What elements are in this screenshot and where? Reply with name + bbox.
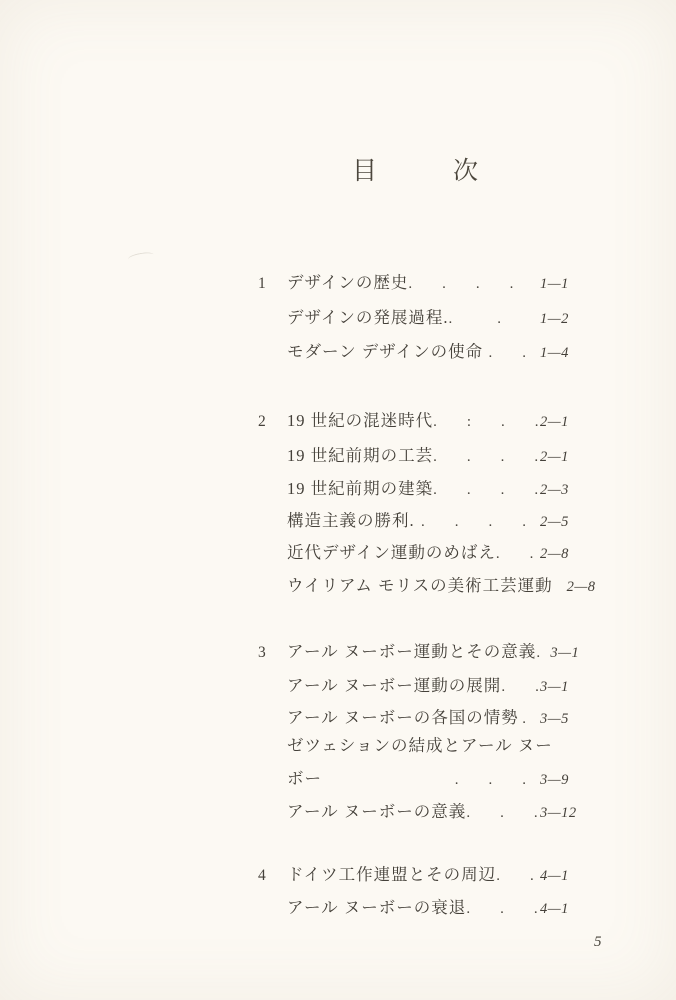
entry-title: 構造主義の勝利. xyxy=(287,510,415,532)
leader-dots: . . . xyxy=(322,769,540,791)
leader-dots: . . xyxy=(496,543,540,565)
entry-title: モダーン デザインの使命 xyxy=(287,341,483,363)
section-number: 3 xyxy=(258,642,287,664)
book-page: 目 次 1 デザインの歴史 . . . . . 1—1 デザインの発展過程. .… xyxy=(0,0,676,1000)
toc-entry: 2 19 世紀の混迷時代 . : . . 2—1 xyxy=(258,410,572,432)
entry-page-ref: 3—9 xyxy=(540,769,572,791)
toc-entry: 19 世紀前期の建築 . . . . 2—3 xyxy=(258,478,572,500)
paper-smudge xyxy=(128,251,155,263)
leader-dots: . . . xyxy=(448,308,540,330)
entry-title: アール ヌーボーの意義 xyxy=(287,801,466,823)
entry-page-ref: 2—5 xyxy=(540,511,572,533)
entry-title: デザインの歴史 xyxy=(287,272,408,294)
leader-dots: . . . . xyxy=(415,511,540,533)
entry-page-ref: 1—2 xyxy=(540,308,572,330)
toc-entry: 19 世紀前期の工芸 . . . . 2—1 xyxy=(258,445,572,467)
entry-page-ref: 3—12 xyxy=(540,802,572,824)
leader-dots: . . . xyxy=(466,898,540,920)
toc-entry: アール ヌーボー運動の展開 . . 3—1 xyxy=(258,675,572,697)
entry-title: ゼツェションの結成とアール ヌー xyxy=(287,735,553,757)
toc-entry: 4 ドイツ工作連盟とその周辺 . . 4—1 xyxy=(258,864,572,886)
entry-page-ref: 3—1 xyxy=(550,642,582,664)
toc-entry: アール ヌーボーの各国の情勢 . 3—5 xyxy=(258,707,572,729)
leader-dots: . . xyxy=(483,342,540,364)
toc-entry: デザインの発展過程. . . . 1—2 xyxy=(258,307,572,329)
entry-title: ボー xyxy=(287,768,322,790)
entry-page-ref: 4—1 xyxy=(540,898,572,920)
entry-page-ref: 2—8 xyxy=(540,543,572,565)
leader-dots: . . . . . xyxy=(408,273,540,295)
toc-entry: モダーン デザインの使命 . . 1—4 xyxy=(258,341,572,363)
entry-title: 近代デザイン運動のめばえ xyxy=(287,542,496,564)
entry-title: アール ヌーボーの各国の情勢 xyxy=(287,707,519,729)
entry-page-ref: 3—5 xyxy=(540,708,572,730)
entry-title: アール ヌーボー運動の展開 xyxy=(287,675,501,697)
entry-page-ref: 2—1 xyxy=(540,411,572,433)
leader-dots: . . . . xyxy=(433,479,540,501)
toc-entry: ゼツェションの結成とアール ヌー xyxy=(258,735,572,757)
toc-entry: 構造主義の勝利. . . . . 2—5 xyxy=(258,510,572,532)
section-number: 2 xyxy=(258,411,287,433)
leader-dots: . . xyxy=(501,676,540,698)
toc-title-char-2: 次 xyxy=(453,151,478,187)
leader-dots: . . . . xyxy=(433,446,540,468)
entry-page-ref: 4—1 xyxy=(540,865,572,887)
section-number: 1 xyxy=(258,273,287,295)
entry-page-ref: 3—1 xyxy=(540,676,572,698)
leader-dots: . . . xyxy=(466,802,540,824)
entry-title: 19 世紀前期の建築 xyxy=(287,478,433,500)
toc-entry: アール ヌーボーの意義 . . . 3—12 xyxy=(258,801,572,823)
entry-title: アール ヌーボーの衰退 xyxy=(287,897,466,919)
entry-title: 19 世紀の混迷時代 xyxy=(287,410,433,432)
toc-entry: 1 デザインの歴史 . . . . . 1—1 xyxy=(258,272,572,294)
entry-title: 19 世紀前期の工芸 xyxy=(287,445,433,467)
entry-page-ref: 2—1 xyxy=(540,446,572,468)
toc-entry: 近代デザイン運動のめばえ . . 2—8 xyxy=(258,542,572,564)
entry-title: デザインの発展過程. xyxy=(287,307,448,329)
leader-dots: . . xyxy=(496,865,540,887)
entry-title: ドイツ工作連盟とその周辺 xyxy=(287,864,496,886)
entry-page-ref: 1—1 xyxy=(540,273,572,295)
entry-title: アール ヌーボー運動とその意義 xyxy=(287,641,536,663)
entry-page-ref: 1—4 xyxy=(540,342,572,364)
entry-page-ref: 2—8 xyxy=(567,576,599,598)
leader-dots: . xyxy=(536,642,550,664)
entry-title: ウイリアム モリスの美術工芸運動 xyxy=(287,575,553,597)
toc-title: 目 次 xyxy=(258,151,572,187)
section-number: 4 xyxy=(258,865,287,887)
leader-dots: . xyxy=(519,708,540,730)
entry-page-ref: 2—3 xyxy=(540,479,572,501)
leader-dots: . : . . xyxy=(433,411,540,433)
toc-entry: アール ヌーボーの衰退 . . . 4—1 xyxy=(258,897,572,919)
toc-title-char-1: 目 xyxy=(352,151,377,187)
toc-entry: 3 アール ヌーボー運動とその意義 . 3—1 xyxy=(258,641,572,663)
toc-entry: ウイリアム モリスの美術工芸運動 2—8 xyxy=(258,575,572,597)
page-number: 5 xyxy=(594,934,602,951)
toc-entry: ボー . . . 3—9 xyxy=(258,768,572,790)
